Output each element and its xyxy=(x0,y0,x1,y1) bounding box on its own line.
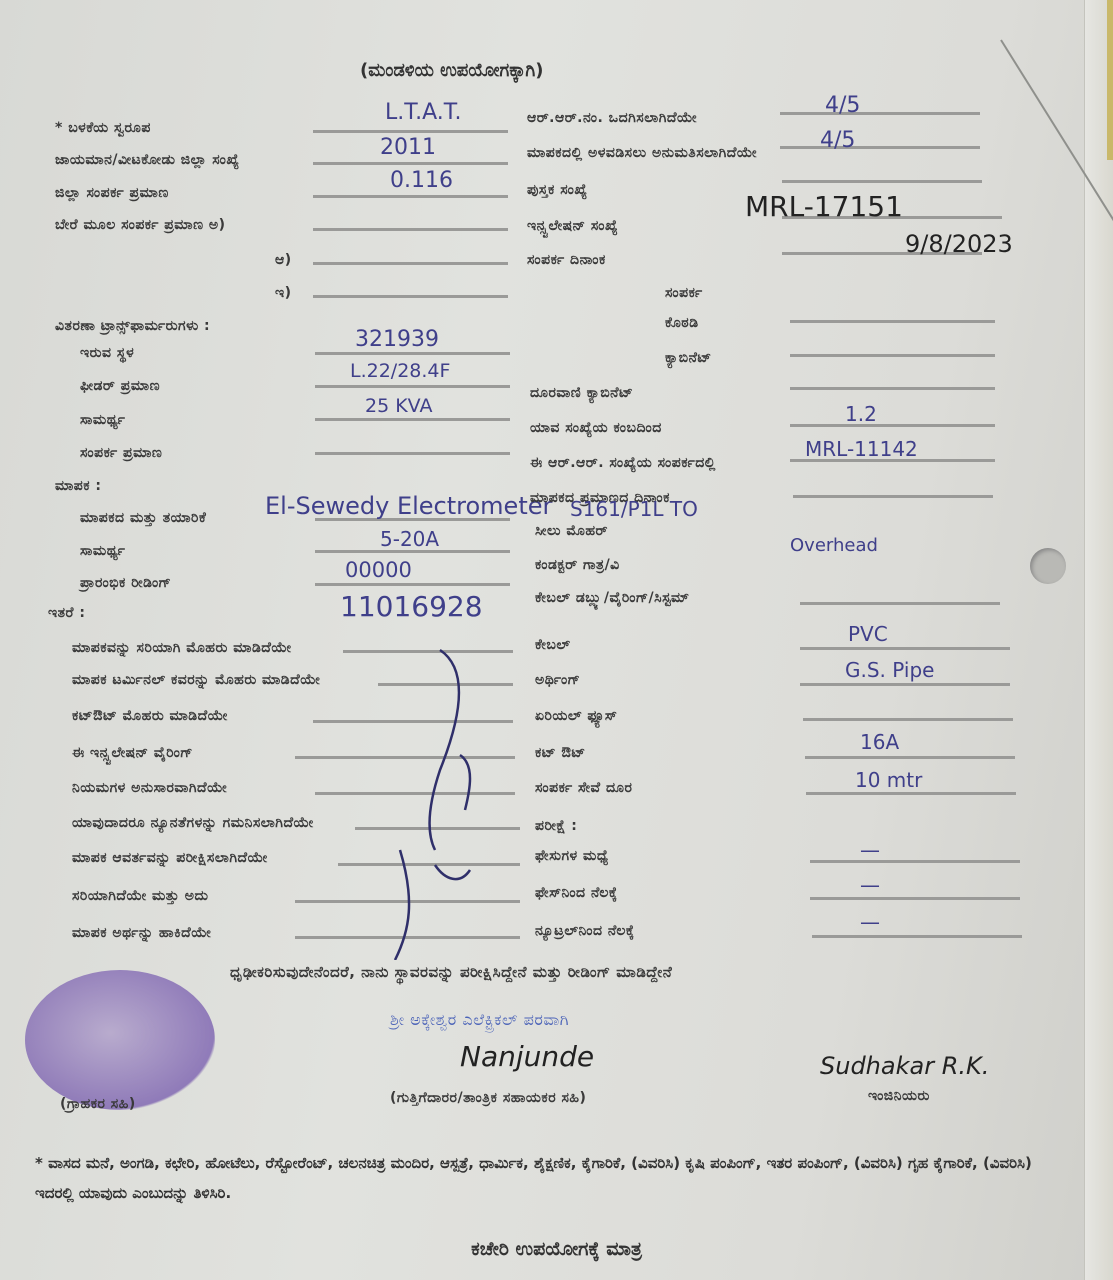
contractor-signature-label: (ಗುತ್ತಿಗೆದಾರರ/ತಾಂತ್ರಿಕ ಸಹಾಯಕರ ಸಹಿ) xyxy=(390,1090,586,1106)
check-label: ನಿಯಮಗಳ ಅನುಸಾರವಾಗಿದೆಯೇ xyxy=(72,780,227,796)
field-label: ಸಂಪರ್ಕ ಪ್ರಮಾಣ xyxy=(80,445,162,461)
field-line xyxy=(315,385,510,388)
field-label: ಸಾಮರ್ಥ್ಯ xyxy=(80,543,125,559)
declaration-text: ಧೃಢೀಕರಿಸುವುದೇನೆಂದರೆ, ನಾನು ಸ್ಥಾವರವನ್ನು ಪರ… xyxy=(230,963,672,981)
field-value: G.S. Pipe xyxy=(845,658,934,682)
field-value: MRL-17151 xyxy=(745,190,903,223)
field-label: ಯಾವ ಸಂಖ್ಯೆಯ ಕಂಬದಿಂದ xyxy=(530,420,662,436)
field-label: ಕಂಡಕ್ಟರ್ ಗಾತ್ರ/ವಿ xyxy=(535,557,620,573)
engineer-signature: Sudhakar R.K. xyxy=(820,1052,989,1080)
field-label: * ಬಳಕೆಯ ಸ್ವರೂಪ xyxy=(55,120,151,136)
check-label: ಯಾವುದಾದರೂ ನ್ಯೂನತೆಗಳನ್ನು ಗಮನಿಸಲಾಗಿದೆಯೇ xyxy=(72,815,314,831)
form-title: (ಮಂಡಳಿಯ ಉಪಯೋಗಕ್ಕಾಗಿ) xyxy=(360,60,543,81)
page-edge xyxy=(1084,0,1113,1280)
field-line xyxy=(313,295,508,298)
field-line xyxy=(315,352,510,355)
field-label: ಪ್ರಾರಂಭಿಕ ರೀಡಿಂಗ್ xyxy=(80,575,171,591)
field-value: 00000 xyxy=(345,558,412,582)
handwritten-bracket xyxy=(380,640,520,960)
field-label: ಬೇರೆ ಮೂಲ ಸಂಪರ್ಕ ಪ್ರಮಾಣ ಅ) xyxy=(55,217,226,233)
field-line xyxy=(780,112,980,115)
field-line xyxy=(315,418,510,421)
section-heading: ಮಾಪಕ : xyxy=(55,478,102,494)
engineer-signature-label: ಇಂಜಿನಿಯರು xyxy=(868,1088,930,1104)
field-label: ನ್ಯೂಟ್ರಲ್‌ನಿಂದ ನೆಲಕ್ಕೆ xyxy=(535,923,635,939)
field-label: ಜಿಲ್ಲಾ ಸಂಪರ್ಕ ಪ್ರಮಾಣ xyxy=(55,185,169,201)
field-value: 10 mtr xyxy=(855,768,922,792)
field-line xyxy=(793,495,993,498)
field-line xyxy=(315,452,510,455)
field-line xyxy=(790,320,995,323)
field-label: ಸಂಪರ್ಕ ಸೇವೆ ದೂರ xyxy=(535,780,632,796)
field-value: 9/8/2023 xyxy=(905,230,1013,258)
check-label: ಮಾಪಕ ಆವರ್ತವನ್ನು ಪರೀಕ್ಷಿಸಲಾಗಿದೆಯೇ xyxy=(72,850,268,866)
field-label: ಸಂಪರ್ಕ xyxy=(665,285,703,301)
field-label: ಕೇಬಲ್ xyxy=(535,637,570,653)
field-value: 4/5 xyxy=(825,93,860,118)
field-line xyxy=(313,195,508,198)
field-line xyxy=(313,262,508,265)
field-line xyxy=(800,602,1000,605)
footnote: * ವಾಸದ ಮನೆ, ಅಂಗಡಿ, ಕಛೇರಿ, ಹೋಟೆಲು, ರೆಸ್ಟೋ… xyxy=(35,1148,1075,1208)
field-value: — xyxy=(860,838,880,862)
field-line xyxy=(810,860,1020,863)
field-line xyxy=(790,424,995,427)
field-line xyxy=(803,718,1013,721)
field-label: ಈ ಆರ್.ಆರ್. ಸಂಖ್ಯೆಯ ಸಂಪರ್ಕದಲ್ಲಿ xyxy=(530,455,716,471)
field-label: ಆರ್.ಆರ್.ನಂ. ಒದಗಿಸಲಾಗಿದೆಯೇ xyxy=(527,110,697,126)
field-value: 321939 xyxy=(355,327,439,352)
field-label: ಪರೀಕ್ಷೆ : xyxy=(535,818,577,834)
field-value: Overhead xyxy=(790,535,878,556)
section-heading: ಇತರೆ : xyxy=(48,605,85,621)
field-label: ದೂರವಾಣಿ ಕ್ಯಾಬಿನೆಟ್ xyxy=(530,385,633,401)
field-line xyxy=(313,228,508,231)
field-value: 4/5 xyxy=(820,128,855,153)
field-label: ಆ) xyxy=(275,252,292,268)
field-label: ಸಂಪರ್ಕ ದಿನಾಂಕ xyxy=(527,252,606,268)
page-edge-strip xyxy=(1107,0,1113,160)
field-label: ಮಾಪಕದಲ್ಲಿ ಅಳವಡಿಸಲು ಅನುಮತಿಸಲಾಗಿದೆಯೇ xyxy=(527,145,757,161)
field-line xyxy=(315,583,510,586)
field-line xyxy=(782,180,982,183)
check-label: ಮಾಪಕ ಟರ್ಮಿನಲ್ ಕವರನ್ನು ಮೊಹರು ಮಾಡಿದೆಯೇ xyxy=(72,672,320,688)
field-value: 0.116 xyxy=(390,168,453,193)
field-line xyxy=(790,354,995,357)
field-label: ಅರ್ಥಿಂಗ್ xyxy=(535,672,580,688)
field-line xyxy=(800,683,1010,686)
field-value: 25 KVA xyxy=(365,395,432,417)
field-value: S161/P1L TO xyxy=(570,497,698,521)
field-label: ಕೇಬಲ್ ಡಬ್ಲ್ಯು/ವೈರಿಂಗ್/ಸಿಸ್ಟಮ್ xyxy=(535,590,689,606)
field-line xyxy=(805,756,1015,759)
field-label: ಜಾಯಮಾನ/ವೀಟಕೋಡು ಜಿಲ್ಲಾ ಸಂಖ್ಯೆ xyxy=(55,152,240,168)
field-label: ಫೇಸ್‌ನಿಂದ ನೆಲಕ್ಕೆ xyxy=(535,885,618,901)
field-label: ಕಟ್ ಔಟ್ xyxy=(535,745,586,761)
field-line xyxy=(806,792,1016,795)
field-label: ಫೇಸುಗಳ ಮಧ್ಯೆ xyxy=(535,848,609,864)
field-value: 1.2 xyxy=(845,402,877,426)
check-label: ಈ ಇನ್ಸ್ಟಲೇಷನ್ ವೈರಿಂಗ್ xyxy=(72,745,193,761)
check-label: ಮಾಪಕವನ್ನು ಸರಿಯಾಗಿ ಮೊಹರು ಮಾಡಿದೆಯೇ xyxy=(72,640,292,656)
punch-hole xyxy=(1030,548,1066,584)
field-line xyxy=(790,387,995,390)
customer-signature-label: (ಗ್ರಾಹಕರ ಸಹಿ) xyxy=(60,1096,136,1112)
field-label: ಕೊಠಡಿ xyxy=(665,315,699,331)
field-label: ಇನ್ಸ್ಟಲೇಷನ್ ಸಂಖ್ಯೆ xyxy=(527,218,618,234)
contractor-signature: Nanjunde xyxy=(460,1040,594,1073)
field-label: ಸೀಲು ಮೊಹರ್ xyxy=(535,523,608,539)
field-label: ಸಾಮರ್ಥ್ಯ xyxy=(80,412,125,428)
contractor-stamp: ಶ್ರೀ ಅಕ್ಕೇಶ್ವರ ಎಲೆಕ್ಟ್ರಿಕಲ್ ಪರವಾಗಿ xyxy=(390,1010,569,1030)
field-line xyxy=(812,935,1022,938)
field-label: ಪುಸ್ತಕ ಸಂಖ್ಯೆ xyxy=(527,182,588,198)
meter-serial: 11016928 xyxy=(340,590,483,623)
thumbprint xyxy=(25,970,215,1110)
office-use-heading: ಕಚೇರಿ ಉಪಯೋಗಕ್ಕೆ ಮಾತ್ರ xyxy=(0,1238,1113,1260)
field-value: MRL-11142 xyxy=(805,437,918,461)
check-label: ಮಾಪಕ ಅರ್ಥನ್ನು ಹಾಕಿದೆಯೇ xyxy=(72,925,211,941)
field-value: — xyxy=(860,873,880,897)
form-page: (ಮಂಡಳಿಯ ಉಪಯೋಗಕ್ಕಾಗಿ) * ಬಳಕೆಯ ಸ್ವರೂಪ L.T.… xyxy=(0,0,1113,1280)
field-value: L.T.A.T. xyxy=(385,100,462,125)
field-value: PVC xyxy=(848,622,888,646)
field-line xyxy=(810,897,1020,900)
field-line xyxy=(313,162,508,165)
check-label: ಸರಿಯಾಗಿದೆಯೇ ಮತ್ತು ಅದು xyxy=(72,888,208,904)
field-label: ಫೀಡರ್ ಪ್ರಮಾಣ xyxy=(80,378,160,394)
field-line xyxy=(800,647,1010,650)
field-value: — xyxy=(860,910,880,934)
field-line xyxy=(780,146,980,149)
field-value: L.22/28.4F xyxy=(350,360,450,382)
field-label: ಕ್ಯಾಬಿನೆಟ್ xyxy=(665,350,712,366)
field-label: ಏರಿಯಲ್ ಫ್ಯೂಸ್ xyxy=(535,708,617,724)
check-label: ಕಟ್‌ಔಟ್ ಮೊಹರು ಮಾಡಿದೆಯೇ xyxy=(72,708,228,724)
field-value: 16A xyxy=(860,730,899,754)
field-value: El-Sewedy Electrometer xyxy=(265,492,552,520)
field-value: 2011 xyxy=(380,135,436,160)
section-heading: ವಿತರಣಾ ಟ್ರಾನ್ಸ್‌ಫಾರ್ಮರುಗಳು : xyxy=(55,318,210,334)
field-line xyxy=(313,130,508,133)
field-value: 5-20A xyxy=(380,527,439,551)
field-label: ಮಾಪಕದ ಮತ್ತು ತಯಾರಿಕೆ xyxy=(80,510,206,526)
field-label: ಇ) xyxy=(275,285,292,301)
field-label: ಇರುವ ಸ್ಥಳ xyxy=(80,345,134,361)
